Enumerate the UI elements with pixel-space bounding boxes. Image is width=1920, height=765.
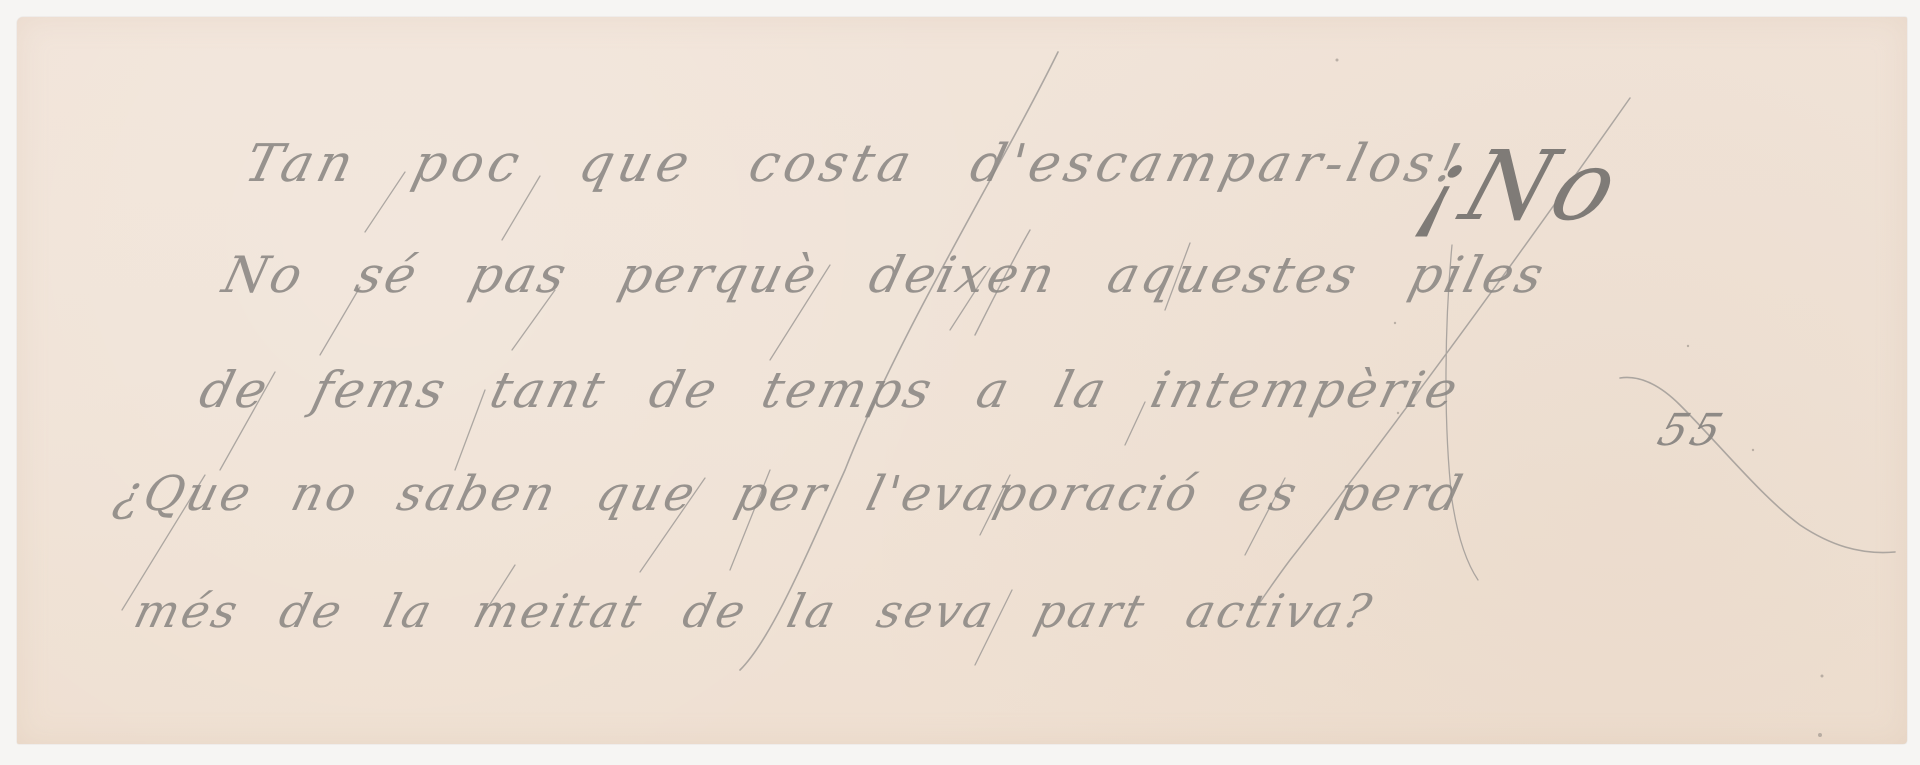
margin-rejection-mark: ¡No: [1407, 130, 1636, 242]
manuscript-line-4: ¿Que no saben que per l'evaporació es pe…: [110, 470, 1469, 518]
manuscript-line-5: més de la meitat de la seva part activa?: [130, 588, 1379, 634]
manuscript-line-1: Tan poc que costa d'escampar-los!: [240, 138, 1470, 190]
manuscript-line-2: No sé pas perquè deixen aquestes piles: [218, 250, 1551, 300]
scanned-page: Tan poc que costa d'escampar-los! No sé …: [0, 0, 1920, 765]
manuscript-line-3: de fems tant de temps a la intempèrie: [195, 365, 1465, 415]
